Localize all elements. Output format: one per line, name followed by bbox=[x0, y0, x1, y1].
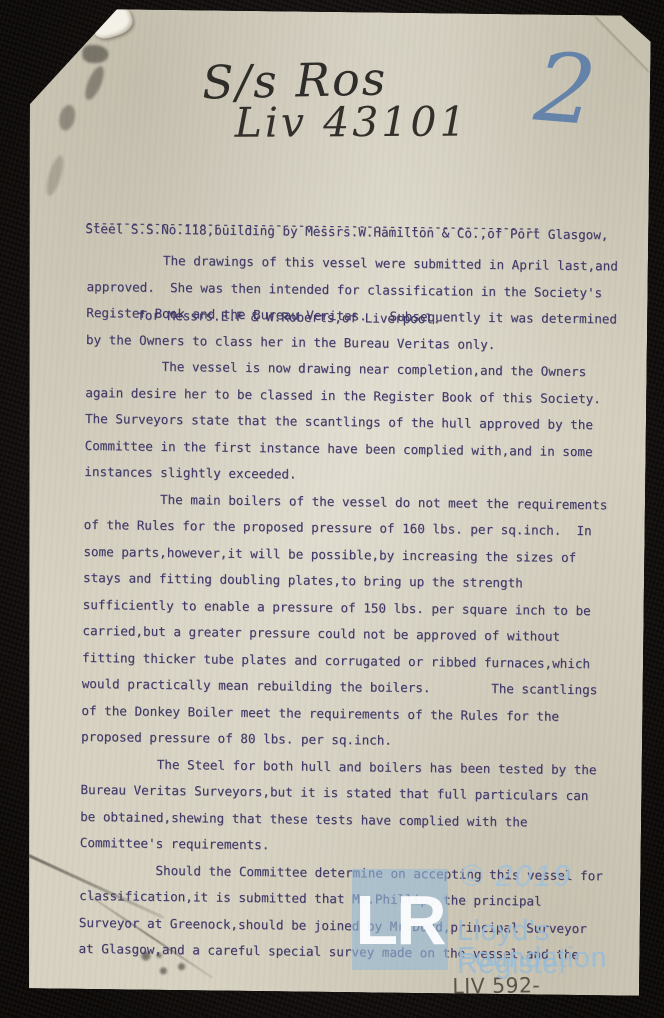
paper-sheet: S/s Ros Liv 43101 2 Steel S.S.No.118,bui… bbox=[19, 8, 651, 996]
page-number-annotation: 2 bbox=[531, 40, 599, 140]
archive-reference: LIV 592-0089(1/2) bbox=[452, 972, 634, 1018]
corner-fold-topleft-icon bbox=[90, 6, 136, 42]
ink-smudge bbox=[82, 45, 108, 63]
paragraph: The main boilers of the vessel do not me… bbox=[81, 485, 629, 757]
handwritten-register-number: Liv 43101 bbox=[235, 98, 469, 147]
paragraph: The vessel is now drawing near completio… bbox=[84, 353, 631, 492]
document-body: The drawings of this vessel were submitt… bbox=[78, 247, 632, 969]
paragraph: Should the Committee determine on accept… bbox=[78, 856, 624, 969]
paragraph: The Steel for both hull and boilers has … bbox=[80, 750, 626, 863]
ink-smudge bbox=[43, 154, 67, 198]
ink-smudge bbox=[82, 64, 108, 102]
scan-background: S/s Ros Liv 43101 2 Steel S.S.No.118,bui… bbox=[0, 0, 664, 1018]
corner-fold-topright-icon bbox=[594, 15, 651, 72]
paragraph: The drawings of this vessel were submitt… bbox=[86, 247, 632, 360]
ink-smudge bbox=[57, 103, 77, 132]
